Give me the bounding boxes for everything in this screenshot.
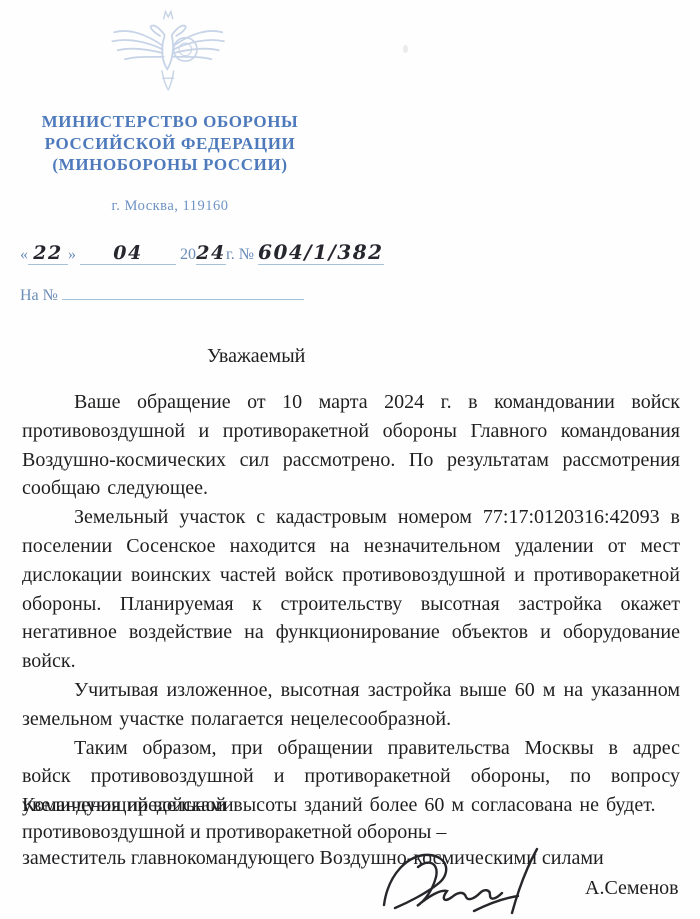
reply-number-blank <box>62 282 304 300</box>
ministry-name-line1: МИНИСТЕРСТВО ОБОРОНЫ <box>0 111 340 133</box>
date-line: «22» 04 2024г. № 604/1/382 <box>20 240 360 268</box>
year-suffix: г. № <box>226 246 254 263</box>
day-quote-open: « <box>20 246 28 263</box>
reply-reference-line: На № <box>20 282 360 305</box>
ministry-address: г. Москва, 119160 <box>0 198 340 215</box>
ministry-name: МИНИСТЕРСТВО ОБОРОНЫ РОССИЙСКОЙ ФЕДЕРАЦИ… <box>0 111 340 176</box>
paragraph-3: Учитывая изложенное, высотная застройка … <box>22 676 680 734</box>
letter-page: МИНИСТЕРСТВО ОБОРОНЫ РОССИЙСКОЙ ФЕДЕРАЦИ… <box>0 0 700 919</box>
ministry-name-line2: РОССИЙСКОЙ ФЕДЕРАЦИИ <box>0 133 340 155</box>
handwritten-outgoing-number: 604/1/382 <box>258 240 384 265</box>
salutation: Уважаемый <box>207 345 305 368</box>
paragraph-1: Ваше обращение от 10 марта 2024 г. в ком… <box>22 388 680 503</box>
year-prefix: 20 <box>180 246 196 263</box>
handwritten-signature-icon <box>378 845 553 917</box>
ministry-name-line3: (МИНОБОРОНЫ РОССИИ) <box>0 154 340 176</box>
signature-title-line2: противовоздушной и противоракетной оборо… <box>22 819 604 846</box>
reference-block: «22» 04 2024г. № 604/1/382 На № <box>20 240 360 305</box>
letter-body: Ваше обращение от 10 марта 2024 г. в ком… <box>22 388 680 820</box>
handwritten-day: 22 <box>28 242 68 265</box>
handwritten-year: 24 <box>196 242 226 265</box>
scan-speck <box>403 45 408 53</box>
letterhead: МИНИСТЕРСТВО ОБОРОНЫ РОССИЙСКОЙ ФЕДЕРАЦИ… <box>0 0 340 215</box>
day-quote-close: » <box>68 246 76 263</box>
handwritten-month: 04 <box>80 242 176 265</box>
reply-label: На № <box>20 287 58 304</box>
paragraph-2: Земельный участок с кадастровым номером … <box>22 503 680 676</box>
signer-name: А.Семенов <box>585 877 679 900</box>
signature-title-line1: Командующий войсками <box>22 792 604 819</box>
double-headed-eagle-icon <box>107 5 233 101</box>
